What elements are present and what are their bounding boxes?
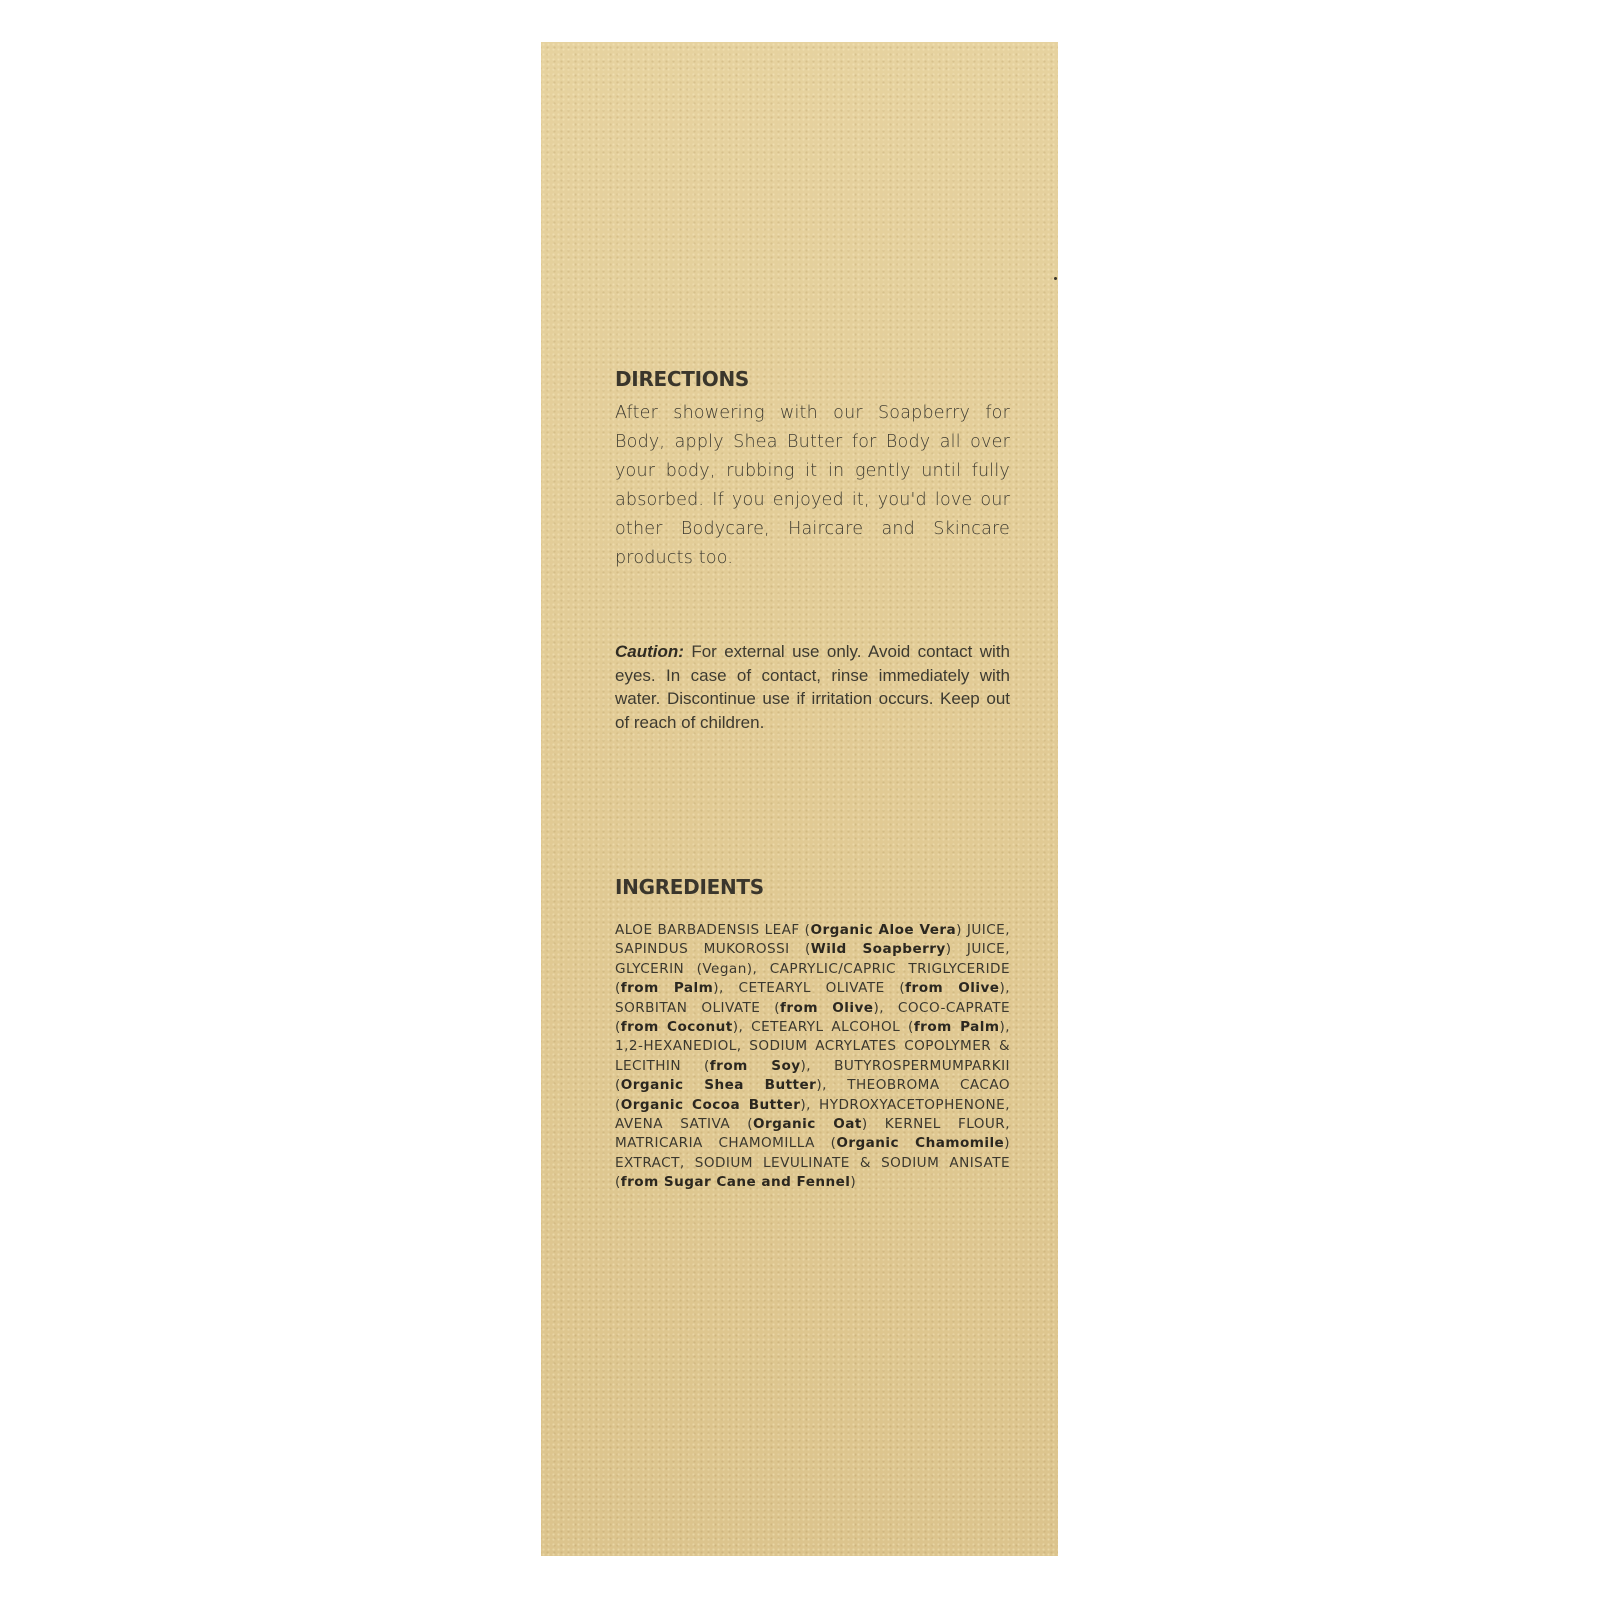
caution-section: Caution: For external use only. Avoid co… (615, 640, 1010, 734)
ingredient-source-bold: from Soy (710, 1058, 801, 1074)
directions-heading: DIRECTIONS (615, 367, 1010, 391)
ingredient-text: ALOE BARBADENSIS LEAF ( (615, 922, 810, 938)
ingredient-text: ), CETEARYL ALCOHOL ( (733, 1019, 914, 1035)
caution-label: Caution: (615, 642, 684, 661)
directions-text: After showering with our Soapberry for B… (615, 399, 1010, 573)
ingredient-text: ), CETEARYL OLIVATE ( (713, 980, 905, 996)
ingredients-section: INGREDIENTS ALOE BARBADENSIS LEAF (Organ… (615, 875, 1010, 1193)
ingredient-source-bold: from Sugar Cane and Fennel (621, 1174, 851, 1190)
ingredients-heading: INGREDIENTS (615, 875, 1010, 899)
product-label-panel (541, 42, 1058, 1556)
ingredient-text: ) (850, 1174, 856, 1190)
ingredient-source-bold: Organic Aloe Vera (810, 922, 956, 938)
ingredient-source-bold: Organic Chamomile (836, 1135, 1004, 1151)
ingredient-source-bold: Organic Cocoa Butter (621, 1097, 801, 1113)
ingredient-source-bold: from Coconut (621, 1019, 733, 1035)
ingredient-source-bold: Organic Oat (753, 1116, 862, 1132)
paper-speck (1054, 277, 1057, 280)
ingredient-source-bold: from Palm (621, 980, 714, 996)
ingredient-source-bold: Organic Shea Butter (621, 1077, 817, 1093)
directions-section: DIRECTIONS After showering with our Soap… (615, 367, 1010, 573)
ingredients-list: ALOE BARBADENSIS LEAF (Organic Aloe Vera… (615, 921, 1010, 1193)
ingredient-source-bold: from Olive (780, 1000, 873, 1016)
ingredient-source-bold: Wild Soapberry (811, 941, 946, 957)
ingredient-source-bold: from Olive (905, 980, 999, 996)
ingredient-source-bold: from Palm (914, 1019, 1000, 1035)
